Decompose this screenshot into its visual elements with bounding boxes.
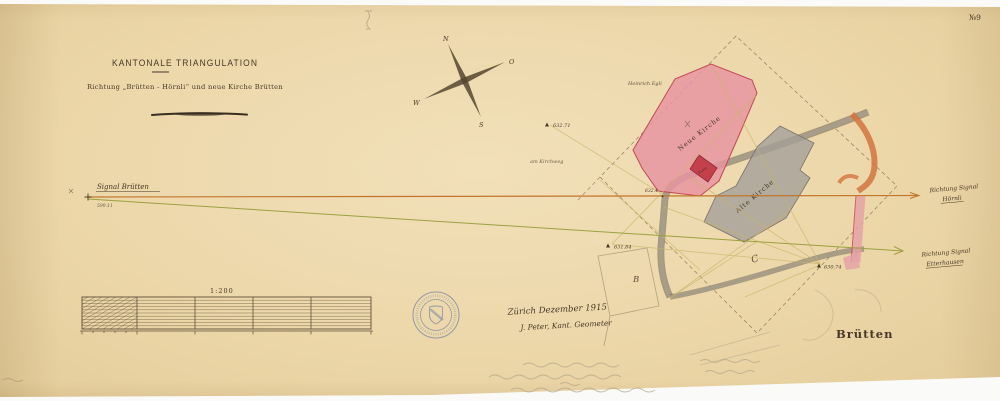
point-letter-c: C bbox=[750, 253, 761, 266]
elevation-label-4: 630.74 bbox=[824, 265, 842, 271]
elevation-label-3: 631.84 bbox=[614, 245, 632, 251]
sight-line bbox=[612, 244, 820, 264]
point-letter-b: B bbox=[632, 275, 639, 285]
pencil-line bbox=[489, 375, 621, 379]
scanned-map-sheet: KANTONALE TRIANGULATION Richtung „Brütte… bbox=[0, 0, 1000, 401]
sheet-number: №9 bbox=[969, 13, 981, 22]
owner-label: Heinrich Egli bbox=[627, 81, 662, 87]
direction-hoernli-line1: Richtung Signal bbox=[928, 183, 978, 194]
scale-label: 1:200 bbox=[210, 287, 234, 295]
elevation-label-2: 632.4 bbox=[645, 188, 658, 194]
parcel-boundary-extension bbox=[576, 177, 600, 202]
path-label: am Kirchweg bbox=[530, 159, 564, 165]
pencil-line bbox=[511, 388, 655, 392]
certification-date: Zürich Dezember 1915 bbox=[506, 303, 607, 318]
parcel-outline-sw bbox=[598, 248, 659, 346]
point-marker bbox=[662, 195, 664, 197]
map-drawing: KANTONALE TRIANGULATION Richtung „Brütte… bbox=[0, 0, 1000, 401]
village-label: Brütten bbox=[836, 327, 893, 341]
point-marker bbox=[606, 244, 610, 248]
compass-south: S bbox=[479, 121, 484, 129]
red-road-flare bbox=[843, 252, 860, 270]
signal-tick-mark bbox=[69, 189, 73, 193]
official-stamp bbox=[413, 292, 459, 338]
certification-block: Zürich Dezember 1915 J. Peter, Kant. Geo… bbox=[506, 302, 612, 332]
red-road-hook bbox=[839, 176, 858, 183]
compass-west: W bbox=[413, 99, 421, 107]
certification-signature: J. Peter, Kant. Geometer bbox=[518, 318, 612, 332]
pencil-line bbox=[560, 383, 580, 386]
signal-point bbox=[69, 189, 92, 201]
page-title: KANTONALE TRIANGULATION bbox=[112, 58, 258, 69]
pencil-numbers bbox=[700, 360, 760, 374]
scale-bar: 1:200 bbox=[80, 287, 373, 335]
pencil-mark-corner bbox=[3, 379, 23, 382]
signal-elevation: 599.11 bbox=[97, 203, 113, 209]
signal-label: Signal Brütten bbox=[97, 183, 149, 191]
red-road-pink-band bbox=[856, 196, 861, 262]
pencil-line bbox=[523, 363, 619, 367]
pencil-mark-top bbox=[365, 11, 372, 29]
pen-stroke-blob bbox=[174, 112, 226, 115]
direction-label-hoernli: Richtung Signal Hörnli bbox=[928, 183, 979, 204]
page-subtitle: Richtung „Brütten - Hörnli“ und neue Kir… bbox=[87, 83, 283, 91]
compass-rose: N O W S bbox=[413, 35, 515, 129]
red-road-orange-top bbox=[852, 114, 875, 191]
stamp-shield-band bbox=[430, 309, 443, 320]
compass-north: N bbox=[442, 35, 449, 43]
pencil-annotations bbox=[489, 360, 760, 393]
elevation-label-1: 632.71 bbox=[553, 123, 571, 129]
scale-bar-ticks bbox=[80, 331, 373, 335]
point-marker bbox=[545, 123, 549, 127]
compass-needle-wo bbox=[424, 62, 505, 99]
direction-label-etterhausen: Richtung Signal Etterhausen bbox=[920, 247, 971, 268]
scale-bar-rows bbox=[82, 300, 371, 326]
red-road bbox=[839, 114, 875, 270]
compass-east: O bbox=[509, 58, 515, 66]
direction-etterhausen-line1: Richtung Signal bbox=[920, 247, 970, 258]
